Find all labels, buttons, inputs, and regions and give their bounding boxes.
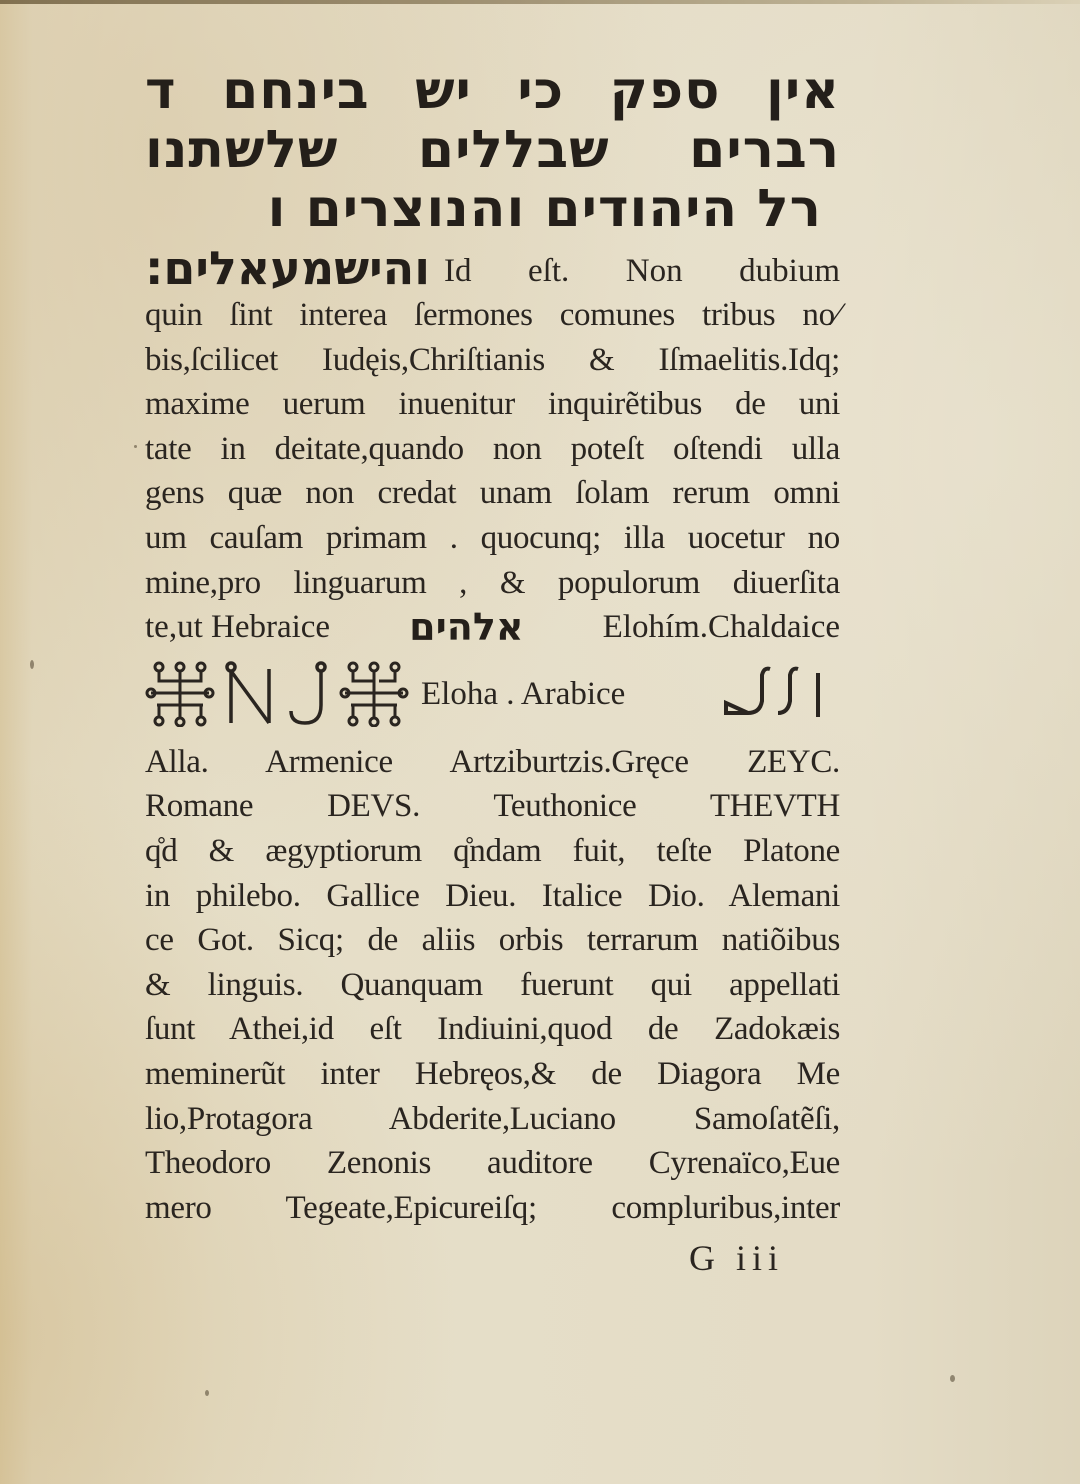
chaldaic-glyph-4-icon <box>339 661 409 727</box>
hebraice-line: te,ut Hebraice אלהים Elohím.Chaldaice <box>145 605 840 650</box>
paper-speck <box>30 660 34 669</box>
paper-speck <box>134 445 137 448</box>
page-text-block: אין ספק כי יש בינחם ד רברים שבללים שלשתנ… <box>145 62 840 1280</box>
latin-line: um cauſam primam . quocunq; illa uocetur… <box>145 516 840 561</box>
latin-text-hebraice: te,ut Hebraice <box>145 605 330 650</box>
latin-line: ſunt Athei,id eſt Indiuini,quod de Zadok… <box>145 1007 840 1052</box>
latin-line: lio,Protagora Abderite,Luciano Samoſatẽſ… <box>145 1097 840 1142</box>
latin-text-elohim-chaldaice: Elohím.Chaldaice <box>603 605 840 650</box>
scanned-book-page: אין ספק כי יש בינחם ד רברים שבללים שלשתנ… <box>0 0 1080 1484</box>
latin-line: tate in deitate,quando non poteſt oſtend… <box>145 427 840 472</box>
latin-line: meminerũt inter Hebręos,& de Diagora Me <box>145 1052 840 1097</box>
latin-text-id-est: Id eſt. Non dubium <box>444 249 840 293</box>
signature-mark: G iii <box>145 1236 840 1280</box>
latin-line: Alla. Armenice Artziburtzis.Gręce ZEYC. <box>145 740 840 785</box>
latin-line: gens quæ non credat unam ſolam rerum omn… <box>145 471 840 516</box>
latin-line: maxime uerum inuenitur inquirẽtibus de u… <box>145 382 840 427</box>
chaldaic-arabic-line: Eloha . Arabice <box>145 654 840 734</box>
paper-speck <box>205 1390 209 1396</box>
mixed-hebrew-latin-line: והישמעאלים: Id eſt. Non dubium <box>145 239 840 293</box>
hebrew-heading-line-3: רל היהודים והנוצרים ו <box>145 180 840 239</box>
latin-line: ce Got. Sicq; de aliis orbis terrarum na… <box>145 918 840 963</box>
hebrew-word-ishmaelim: והישמעאלים: <box>145 243 430 293</box>
page-top-edge <box>0 0 1080 4</box>
chaldaic-glyph-1-icon <box>145 661 215 727</box>
latin-line: quin ſint interea ſermones comunes tribu… <box>145 293 840 338</box>
latin-line: mero Tegeate,Epicureiſq; compluribus,int… <box>145 1186 840 1231</box>
chaldaic-glyph-N-icon <box>223 661 277 727</box>
latin-text-eloha-arabice: Eloha . Arabice <box>421 672 625 716</box>
latin-line: q̊d & ægyptiorum q̊ndam fuit, teſte Plat… <box>145 829 840 874</box>
paper-speck <box>950 1375 955 1382</box>
latin-line: Romane DEVS. Teuthonice THEVTH <box>145 784 840 829</box>
latin-line: mine,pro linguarum , & populorum diuerſi… <box>145 561 840 606</box>
latin-line: bis,ſcilicet Iudęis,Chriſtianis & Iſmael… <box>145 338 840 383</box>
chaldaic-script-word <box>145 661 409 727</box>
hebrew-heading-line-2: רברים שבללים שלשתנו <box>145 121 840 180</box>
hebrew-word-elohim: אלהים <box>409 605 523 650</box>
arabic-allah-glyph-icon <box>720 661 830 721</box>
latin-line: in philebo. Gallice Dieu. Italice Dio. A… <box>145 874 840 919</box>
hebrew-heading-line-1: אין ספק כי יש בינחם ד <box>145 62 840 121</box>
chaldaic-glyph-J-icon <box>285 661 331 727</box>
arabic-word-allah <box>720 661 830 726</box>
latin-line: Theodoro Zenonis auditore Cyrenaïco,Eue <box>145 1141 840 1186</box>
latin-line: & linguis. Quanquam fuerunt qui appellat… <box>145 963 840 1008</box>
